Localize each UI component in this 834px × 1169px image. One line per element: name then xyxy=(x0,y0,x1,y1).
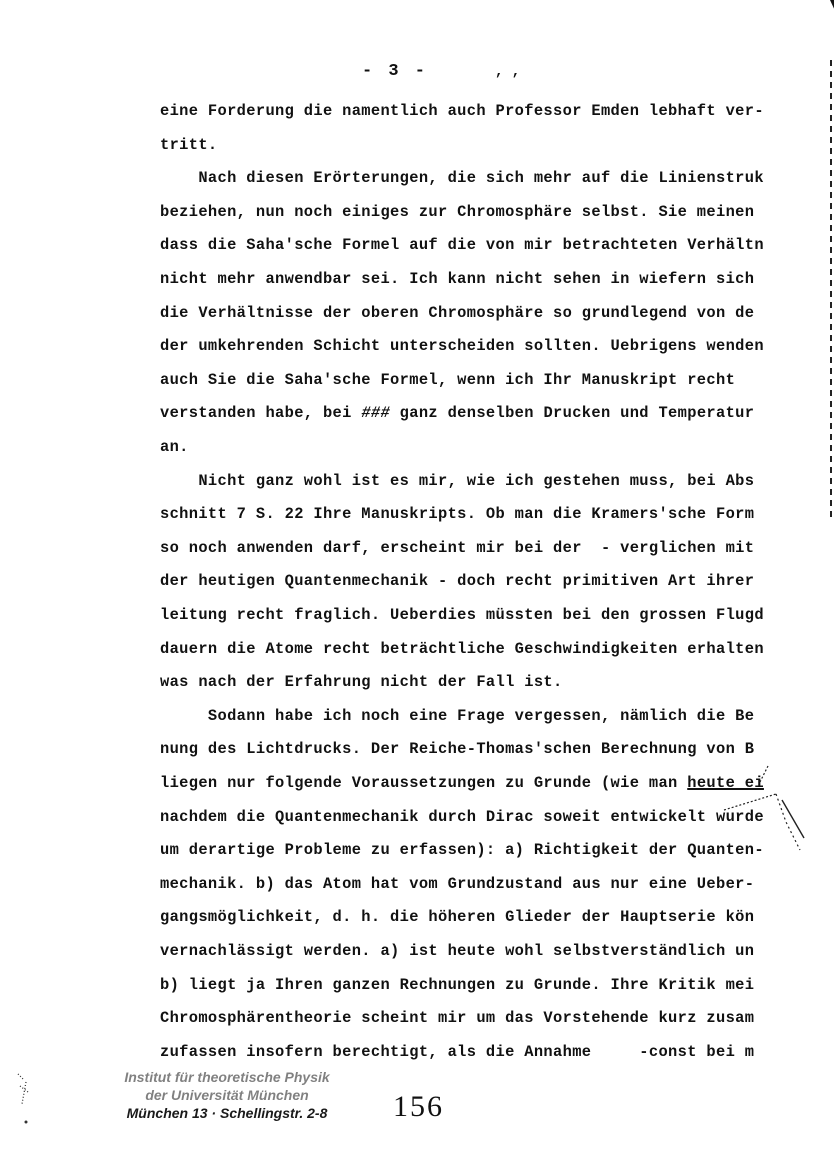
text-line: Chromosphärentheorie scheint mir um das … xyxy=(160,1009,754,1027)
folio-number: 156 xyxy=(393,1090,444,1124)
text-line: an. xyxy=(160,438,189,456)
text-line: Nicht ganz wohl ist es mir, wie ich gest… xyxy=(160,472,754,490)
text-line: nicht mehr anwendbar sei. Ich kann nicht… xyxy=(160,270,754,288)
page-marker-extra: , , xyxy=(495,64,520,80)
text-line: leitung recht fraglich. Ueberdies müsste… xyxy=(160,606,764,624)
text-line: liegen nur folgende Voraussetzungen zu G… xyxy=(160,774,764,792)
scan-smudge-icon xyxy=(14,1070,40,1130)
text-line: Nach diesen Erörterungen, die sich mehr … xyxy=(160,169,764,187)
text-line: tritt. xyxy=(160,136,218,154)
text-line: nung des Lichtdrucks. Der Reiche-Thomas'… xyxy=(160,740,754,758)
text-line: so noch anwenden darf, erscheint mir bei… xyxy=(160,539,754,557)
text-line: nachdem die Quantenmechanik durch Dirac … xyxy=(160,808,764,826)
scan-edge-mark xyxy=(830,60,832,520)
stamp-line-3: München 13 · Schellingstr. 2-8 xyxy=(112,1104,342,1122)
text-line: Sodann habe ich noch eine Frage vergesse… xyxy=(160,707,754,725)
text-line: dass die Saha'sche Formel auf die von mi… xyxy=(160,236,764,254)
text-line: der umkehrenden Schicht unterscheiden so… xyxy=(160,337,764,355)
text-line: was nach der Erfahrung nicht der Fall is… xyxy=(160,673,563,691)
institute-stamp: Institut für theoretische Physik der Uni… xyxy=(112,1068,342,1122)
text-line: auch Sie die Saha'sche Formel, wenn ich … xyxy=(160,371,735,389)
text-line: um derartige Probleme zu erfassen): a) R… xyxy=(160,841,764,859)
text-line: gangsmöglichkeit, d. h. die höheren Glie… xyxy=(160,908,754,926)
text-line: b) liegt ja Ihren ganzen Rechnungen zu G… xyxy=(160,976,754,994)
text-line: mechanik. b) das Atom hat vom Grundzusta… xyxy=(160,875,754,893)
text-line: schnitt 7 S. 22 Ihre Manuskripts. Ob man… xyxy=(160,505,754,523)
text-line: beziehen, nun noch einiges zur Chromosph… xyxy=(160,203,754,221)
text-line: vernachlässigt werden. a) ist heute wohl… xyxy=(160,942,754,960)
text-line: verstanden habe, bei ### ganz denselben … xyxy=(160,404,754,422)
document-page: - 3 - , , eine Forderung die namentlich … xyxy=(0,0,834,1169)
text-line: dauern die Atome recht beträchtliche Ges… xyxy=(160,640,764,658)
text-line: der heutigen Quantenmechanik - doch rech… xyxy=(160,572,754,590)
scan-corner-mark xyxy=(792,0,834,28)
stamp-line-2: der Universität München xyxy=(112,1086,342,1104)
text-line: zufassen insofern berechtigt, als die An… xyxy=(160,1043,754,1061)
page-marker: - 3 - xyxy=(362,62,428,81)
stamp-line-1: Institut für theoretische Physik xyxy=(112,1068,342,1086)
text-line: die Verhältnisse der oberen Chromosphäre… xyxy=(160,304,754,322)
struck-out-word: ### xyxy=(361,404,399,422)
handwritten-annotation-icon xyxy=(716,760,826,860)
text-line: eine Forderung die namentlich auch Profe… xyxy=(160,102,764,120)
